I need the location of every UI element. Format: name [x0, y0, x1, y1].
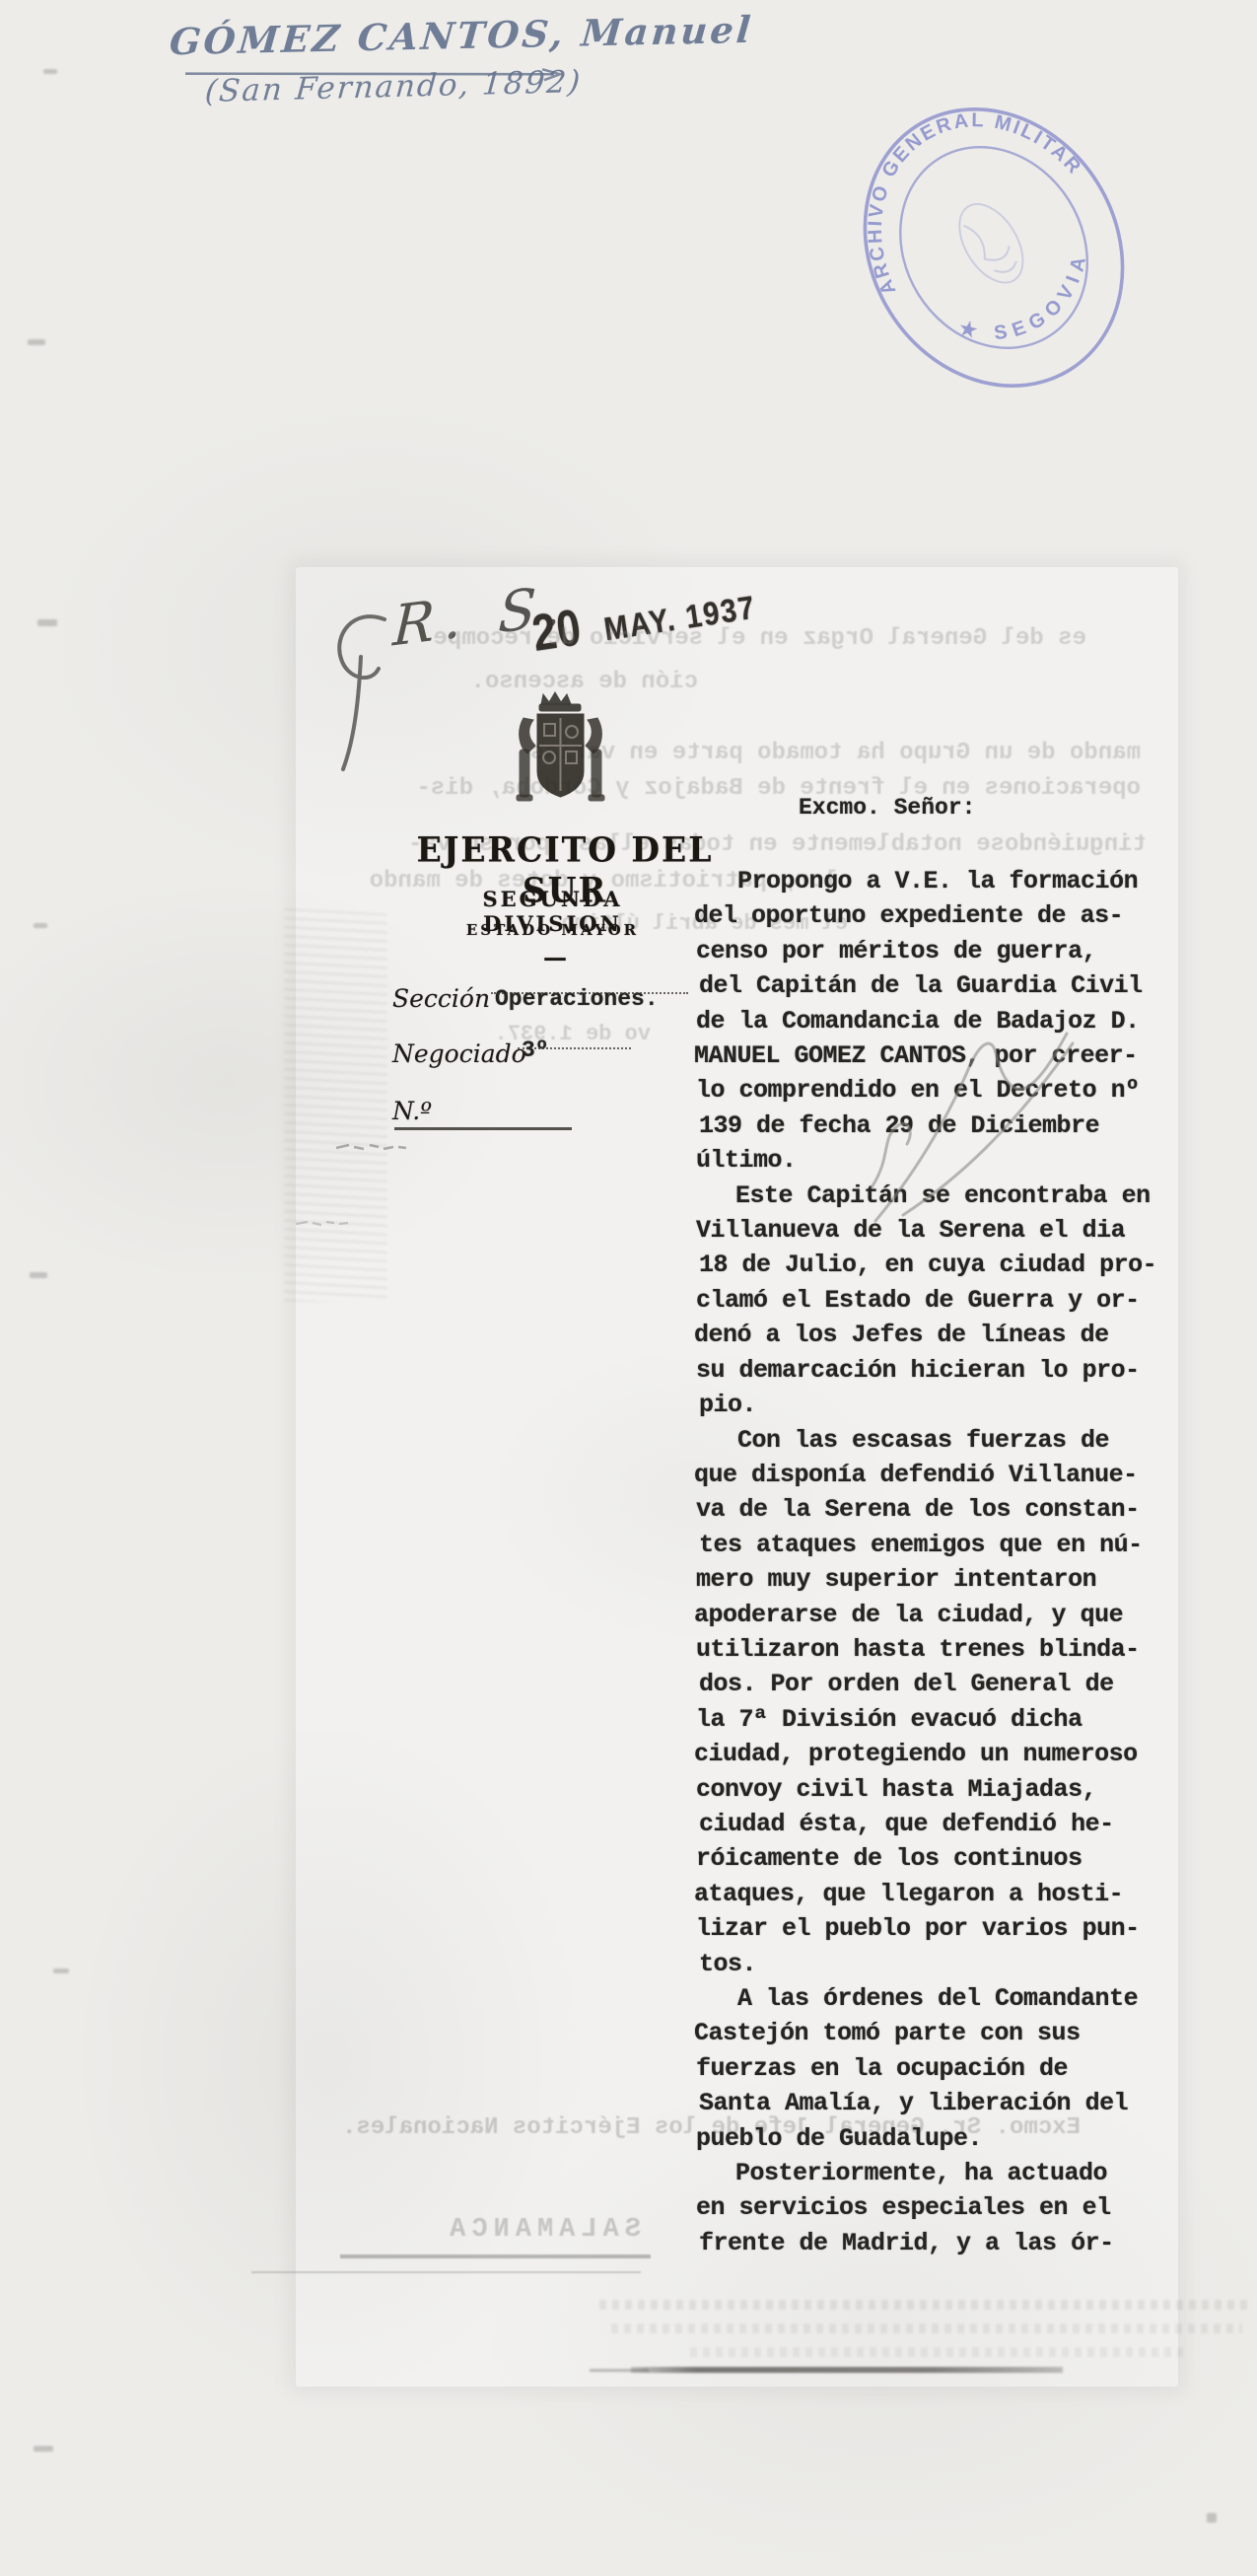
coat-of-arms-emblem: [514, 688, 607, 826]
bleedthrough-smear-rule: [590, 2369, 649, 2372]
letter-line: convoy civil hasta Miajadas,: [696, 1772, 1167, 1807]
scan-artifact: [28, 339, 45, 345]
letter-line: Con las escasas fuerzas de: [696, 1423, 1167, 1458]
bleedthrough-line: mando de un Grupo ha tomado parte en var…: [340, 740, 1141, 766]
letter-line: lizar el pueblo por varios pun-: [696, 1911, 1167, 1946]
letter-line: dos. Por orden del General de: [699, 1667, 1167, 1701]
numero-label: N.º: [392, 1097, 432, 1125]
letter-line: su demarcación hicieran lo pro-: [696, 1353, 1167, 1388]
letter-line: pio.: [699, 1388, 1167, 1422]
letter-line: la 7ª División evacuó dicha: [696, 1702, 1167, 1737]
letter-line: mero muy superior intentaron: [696, 1562, 1167, 1597]
letter-line: Castejón tomó parte con sus: [694, 2016, 1167, 2050]
pencil-mark: [294, 1215, 363, 1231]
seccion-rule: [491, 992, 688, 994]
negociado-label: Negociado: [392, 1039, 526, 1068]
letter-line: del Capitán de la Guardia Civil: [699, 968, 1167, 1003]
letter-line: denó a los Jefes de líneas de: [694, 1318, 1167, 1352]
bleedthrough-line: operaciones en el frente de Badajoz y Có…: [328, 775, 1141, 802]
letter-line: utilizaron hasta trenes blinda-: [696, 1632, 1167, 1667]
letter-line: róicamente de los continuos: [696, 1841, 1167, 1876]
letter-line: Santa Amalía, y liberación del: [699, 2086, 1167, 2120]
letter-line: va de la Serena de los constan-: [696, 1492, 1167, 1527]
scan-artifact: [1207, 2513, 1217, 2523]
bleedthrough-rule: [340, 2254, 651, 2258]
seccion-value: Operaciones.: [495, 986, 659, 1012]
scan-artifact: [43, 69, 57, 74]
letter-line: frente de Madrid, y a las ór-: [699, 2226, 1167, 2260]
scan-smudge: [284, 907, 387, 1302]
bleedthrough-salamanca: SALAMANCA: [357, 2215, 641, 2245]
letterhead-divider: —: [535, 943, 575, 971]
numero-rule: [394, 1127, 572, 1130]
archive-stamp: ARCHIVO GENERAL MILITAR ★ SEGOVIA ★: [862, 95, 1126, 400]
svg-text:ARCHIVO GENERAL MILITAR: ARCHIVO GENERAL MILITAR: [862, 95, 1090, 301]
letter-line: que disponía defendió Villanue-: [694, 1458, 1167, 1492]
letter-line: pueblo de Guadalupe.: [696, 2121, 1167, 2156]
salutation: Excmo. Señor:: [799, 795, 975, 821]
letter-line: censo por méritos de guerra,: [696, 934, 1167, 968]
letter-line: tos.: [699, 1947, 1167, 1981]
letter-line: ciudad, protegiendo un numeroso: [694, 1737, 1167, 1771]
bleedthrough-line: es del General Orgaz en el servicio de r…: [337, 625, 1086, 652]
pencil-mark: [333, 1134, 424, 1160]
scan-artifact: [37, 619, 57, 626]
bleedthrough-rule: [251, 2271, 641, 2273]
scanned-document-page: GÓMEZ CANTOS, Manuel (San Fernando, 1892…: [0, 0, 1257, 2576]
letter-line: apoderarse de la ciudad, y que: [694, 1598, 1167, 1632]
scan-artifact: [34, 2446, 53, 2452]
negociado-value: 3º: [522, 1038, 549, 1063]
letterhead-staff: ESTADO MAYOR: [461, 921, 644, 939]
bleedthrough-smear-rule: [631, 2367, 1063, 2373]
bleedthrough-noise: [690, 2347, 1183, 2357]
seccion-label: Sección: [392, 984, 490, 1013]
letter-line: Propongo a V.E. la formación: [696, 864, 1167, 898]
stamp-top-arc-text: ARCHIVO GENERAL MILITAR: [862, 95, 1090, 301]
letter-line: A las órdenes del Comandante: [696, 1981, 1167, 2016]
negociado-rule: [518, 1047, 631, 1049]
letter-line: Posteriormente, ha actuado: [694, 2156, 1167, 2190]
scan-artifact: [34, 923, 47, 928]
scan-artifact: [53, 1968, 69, 1973]
signature-scrawl: [864, 1004, 1095, 1236]
bleedthrough-noise: [611, 2324, 1242, 2333]
scan-artifact: [30, 1272, 47, 1278]
handwritten-name-heading: GÓMEZ CANTOS, Manuel: [168, 8, 755, 63]
letter-line: clamó el Estado de Guerra y or-: [696, 1283, 1167, 1318]
letter-line: ataques, que llegaron a hosti-: [694, 1877, 1167, 1911]
letter-line: fuerzas en la ocupación de: [696, 2051, 1167, 2086]
letter-line: ciudad ésta, que defendió he-: [699, 1807, 1167, 1841]
stamp-crest-icon: [946, 193, 1036, 294]
letter-line: en servicios especiales en el: [696, 2190, 1167, 2225]
bleedthrough-noise: [599, 2300, 1250, 2310]
letter-line: 18 de Julio, en cuya ciudad pro-: [699, 1248, 1167, 1282]
letter-line: tes ataques enemigos que en nú-: [699, 1528, 1167, 1562]
letter-line: del oportuno expediente de as-: [694, 898, 1167, 933]
